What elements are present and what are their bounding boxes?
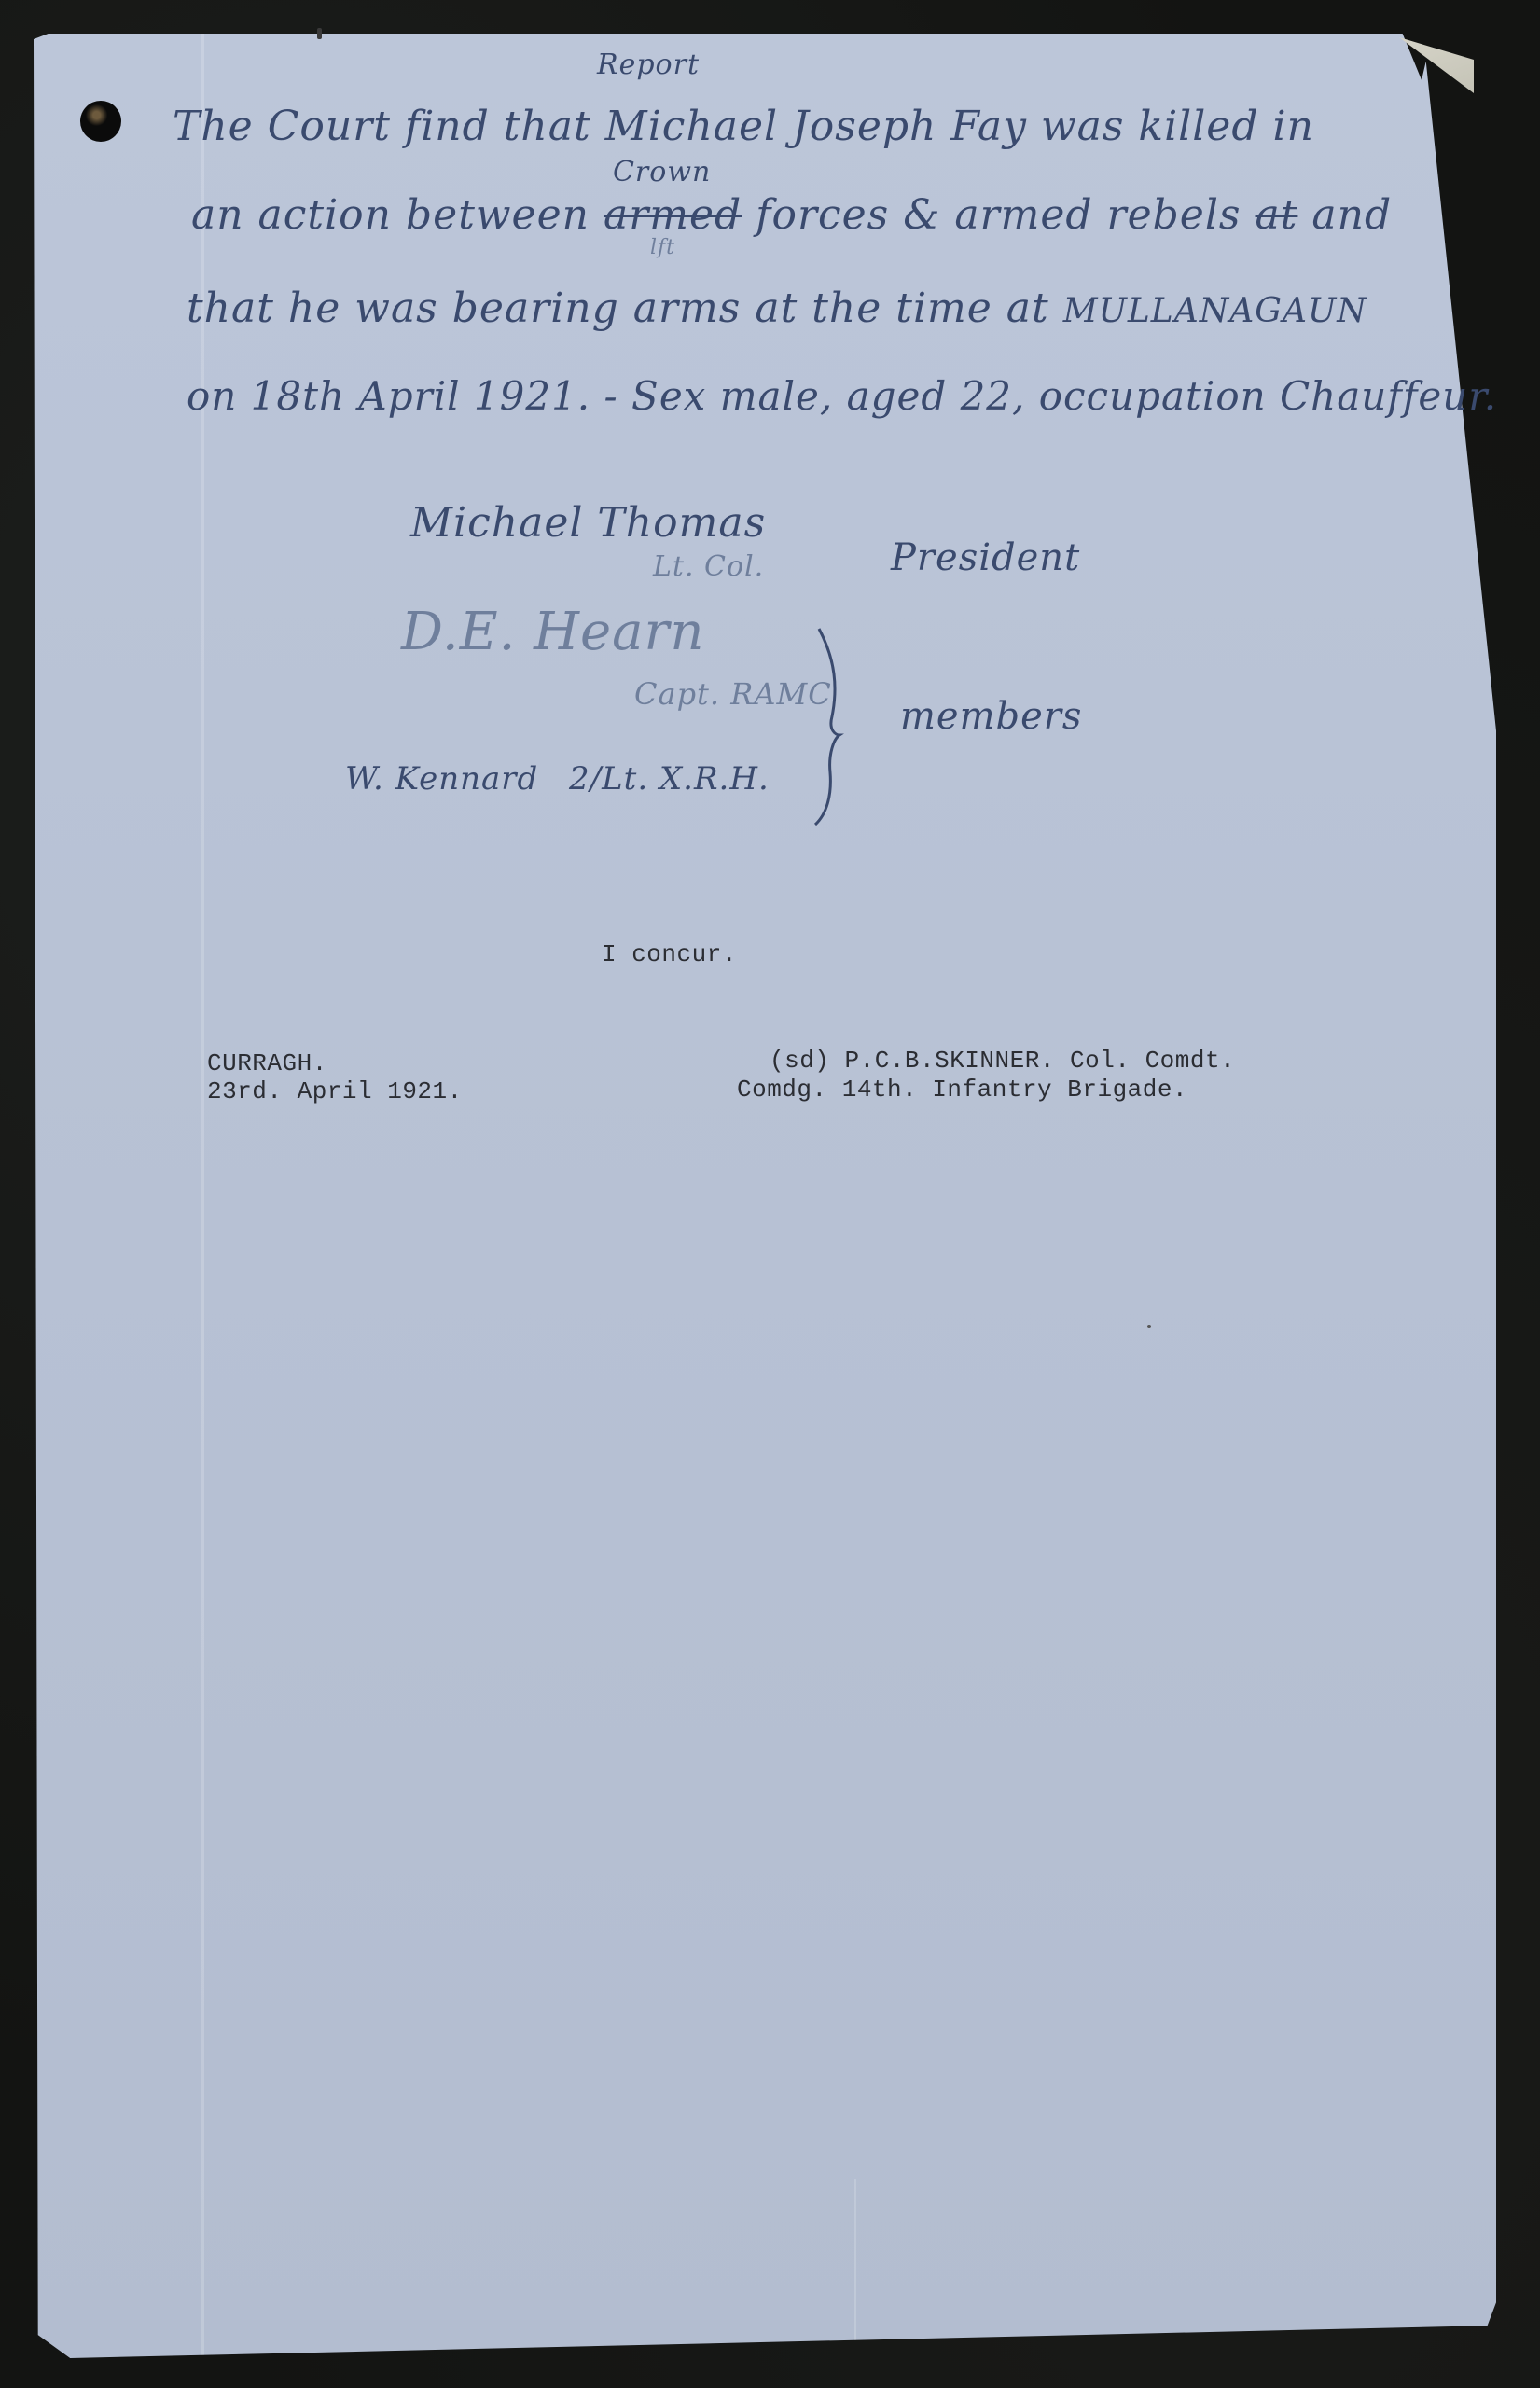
signed-by-text: (sd) P.C.B.SKINNER. Col. Comdt. — [770, 1047, 1235, 1075]
punch-hole — [80, 101, 121, 142]
handwritten-line-2: an action between armed Crown lft forces… — [191, 191, 1392, 239]
initials-below: lft — [650, 236, 675, 259]
members-label: members — [900, 695, 1082, 738]
president-label: President — [891, 536, 1080, 579]
handwritten-line-1: The Court find that Michael Joseph Fay w… — [173, 103, 1314, 150]
line-3-text: that he was bearing arms at the time at — [187, 285, 1049, 332]
president-signature: Michael Thomas — [410, 499, 766, 547]
member-2-rank: 2/Lt. X.R.H. — [569, 760, 770, 798]
handwritten-line-3: that he was bearing arms at the time at … — [187, 285, 1367, 332]
concurrence-text: I concur. — [602, 940, 737, 968]
paper-crease — [854, 2179, 856, 2358]
member-1-rank: Capt. RAMC — [634, 676, 832, 712]
date-text: 23rd. April 1921. — [207, 1077, 463, 1105]
inserted-word-above: Crown — [613, 156, 711, 188]
struck-word-2: at — [1256, 191, 1298, 239]
member-1-signature: D.E. Hearn — [401, 602, 704, 662]
ink-speck — [317, 28, 322, 39]
ink-speck — [1147, 1325, 1151, 1328]
line-2-end: and — [1311, 191, 1392, 239]
signed-role-text: Comdg. 14th. Infantry Brigade. — [737, 1076, 1187, 1104]
president-rank: Lt. Col. — [653, 550, 764, 583]
place-text: CURRAGH. — [207, 1049, 327, 1077]
struck-word: armed — [604, 191, 742, 239]
line-2-prefix: an action between — [191, 191, 590, 239]
line-2-suffix: forces & armed rebels — [756, 191, 1241, 239]
curly-brace-icon — [812, 623, 849, 828]
member-2-signature: W. Kennard — [345, 760, 538, 798]
place-name: MULLANAGAUN — [1063, 292, 1367, 330]
handwritten-line-4: on 18th April 1921. - Sex male, aged 22,… — [187, 373, 1497, 419]
report-heading: Report — [597, 49, 700, 81]
